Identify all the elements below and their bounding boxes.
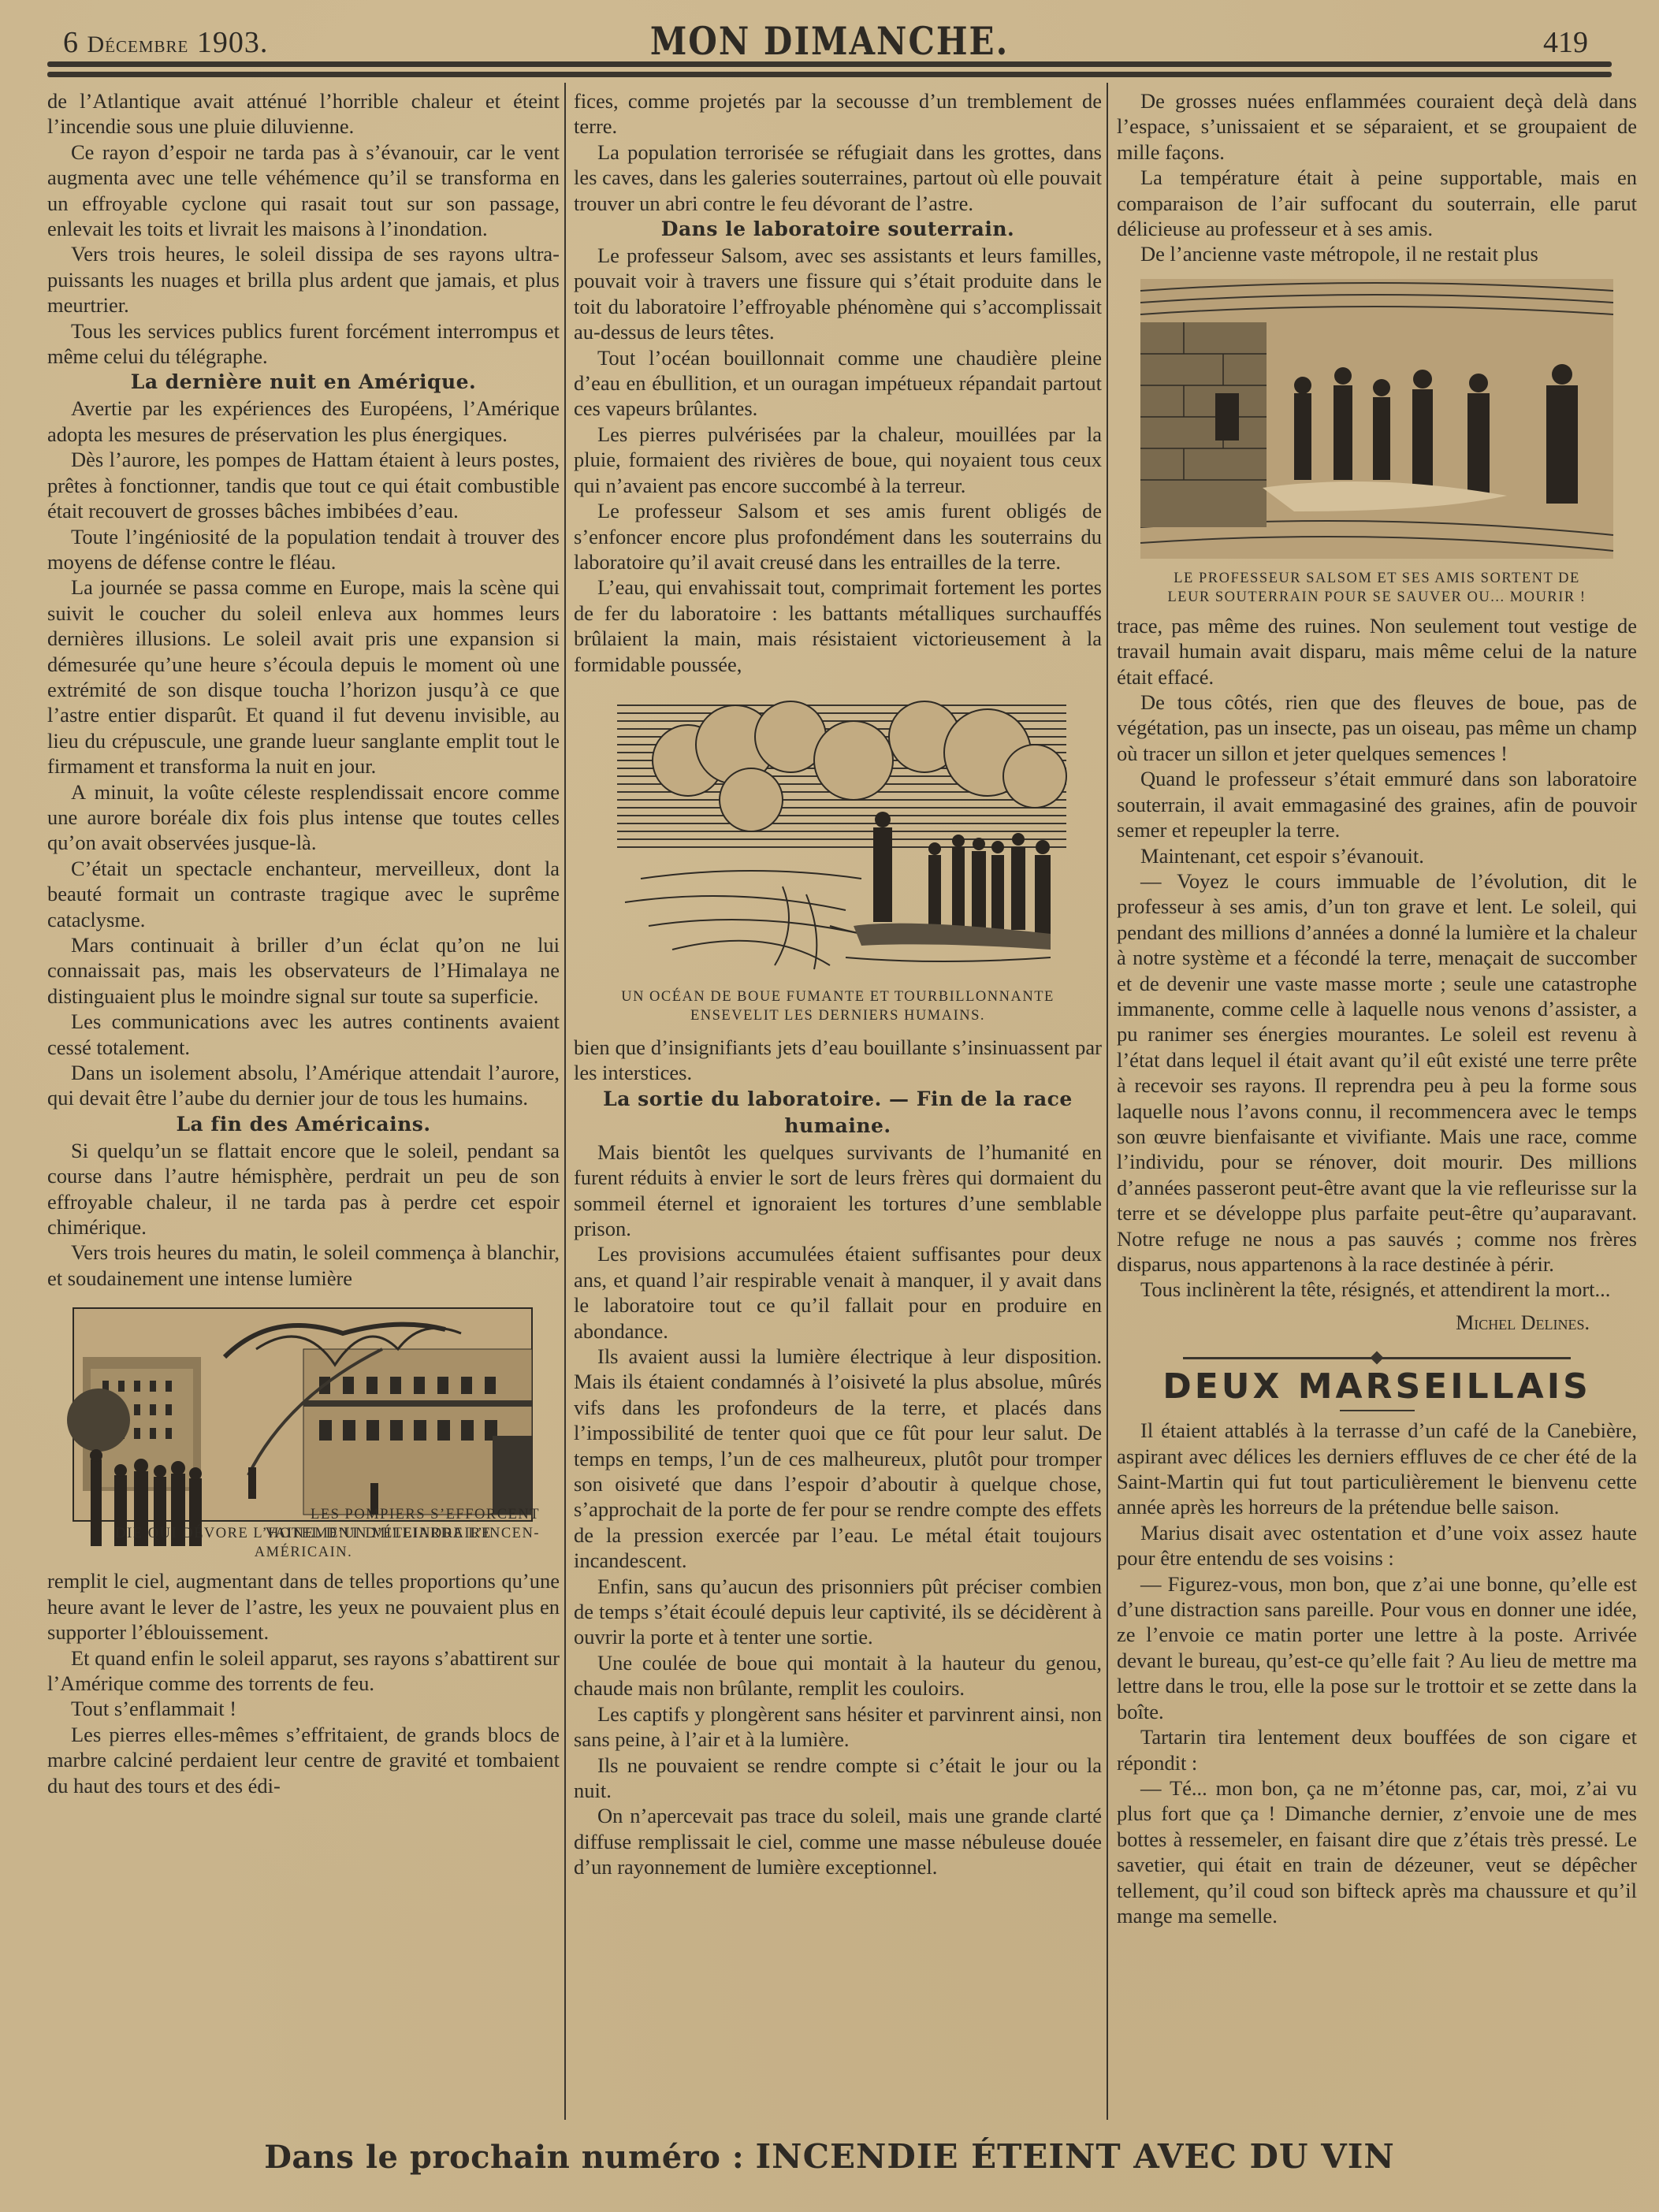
publication-title: MON DIMANCHE. bbox=[47, 19, 1612, 63]
illustration-caption-firemen-2: die qui dévore l’hotel d’un milliardaire… bbox=[67, 1524, 540, 1562]
illustration-caption-professor-2: leur souterrain pour se sauver ou... mou… bbox=[1117, 588, 1637, 607]
paragraph: Marius disait avec ostentation et d’une … bbox=[1117, 1520, 1637, 1571]
paragraph: Quand le professeur s’était emmuré dans … bbox=[1117, 766, 1637, 842]
paragraph: — Té... mon bon, ça ne m’étonne pas, car… bbox=[1117, 1775, 1637, 1928]
paragraph: L’eau, qui envahissait tout, comprimait … bbox=[574, 574, 1102, 677]
header-double-rule bbox=[47, 61, 1612, 79]
paragraph: Tous les services publics furent forcéme… bbox=[47, 318, 560, 370]
paragraph: On n’apercevait pas trace du soleil, mai… bbox=[574, 1803, 1102, 1879]
paragraph: Les pierres pulvérisées par la chaleur, … bbox=[574, 422, 1102, 498]
paragraph: Tartarin tira lentement deux bouffées de… bbox=[1117, 1724, 1637, 1775]
paragraph: Le professeur Salsom et ses amis furent … bbox=[574, 498, 1102, 574]
illustration-professor-exit bbox=[1136, 275, 1617, 563]
paragraph: Avertie par les expériences des Européen… bbox=[47, 396, 560, 447]
paragraph: C’était un spectacle enchanteur, merveil… bbox=[47, 856, 560, 932]
paragraph: Mars continuait à briller d’un éclat qu’… bbox=[47, 932, 560, 1009]
mud-ocean-engraving-icon bbox=[593, 690, 1082, 981]
professor-exit-engraving-icon bbox=[1136, 275, 1617, 563]
paragraph: — Voyez le cours immuable de l’évolution… bbox=[1117, 868, 1637, 1277]
paragraph: Vers trois heures, le soleil dissipa de … bbox=[47, 241, 560, 318]
paragraph: Le professeur Salsom, avec ses assistant… bbox=[574, 243, 1102, 345]
paragraph: Mais bientôt les quelques survivants de … bbox=[574, 1139, 1102, 1242]
paragraph: La température était à peine supportable… bbox=[1117, 165, 1637, 241]
paragraph: Dès l’aurore, les pompes de Hattam étaie… bbox=[47, 447, 560, 523]
illustration-mud-ocean bbox=[593, 690, 1082, 981]
paragraph: Une coulée de boue qui montait à la haut… bbox=[574, 1650, 1102, 1701]
section-ornament-divider bbox=[1117, 1353, 1637, 1363]
paragraph: A minuit, la voûte céleste resplendissai… bbox=[47, 779, 560, 856]
paragraph: fices, comme projetés par la secousse d’… bbox=[574, 88, 1102, 139]
illustration-caption-professor-1: Le professeur Salsom et ses amis sortent… bbox=[1117, 569, 1637, 588]
paragraph: Toute l’ingéniosité de la population ten… bbox=[47, 524, 560, 575]
paragraph: Tous inclinèrent la tête, résignés, et a… bbox=[1117, 1277, 1637, 1302]
section-title-deux-marseillais: DEUX MARSEILLAIS bbox=[1117, 1367, 1637, 1407]
paragraph: Les communications avec les autres conti… bbox=[47, 1009, 560, 1060]
diamond-ornament-icon bbox=[1371, 1351, 1384, 1365]
paragraph: remplit le ciel, augmentant dans de tell… bbox=[47, 1568, 560, 1645]
column-2: fices, comme projetés par la secousse d’… bbox=[574, 88, 1102, 1880]
paragraph: Il étaient attablés à la terrasse d’un c… bbox=[1117, 1418, 1637, 1520]
column-divider-2 bbox=[1107, 83, 1108, 2120]
paragraph: La population terrorisée se réfugiait da… bbox=[574, 139, 1102, 216]
paragraph: Enfin, sans qu’aucun des prisonniers pût… bbox=[574, 1574, 1102, 1650]
paragraph: Ils ne pouvaient se rendre compte si c’é… bbox=[574, 1753, 1102, 1804]
subheading-laboratoire-souterrain: Dans le laboratoire souterrain. bbox=[574, 216, 1102, 243]
masthead: 6 Décembre 1903. MON DIMANCHE. 419 bbox=[47, 16, 1612, 63]
paragraph: — Figurez-vous, mon bon, que z’ai une bo… bbox=[1117, 1571, 1637, 1724]
subheading-derniere-nuit: La dernière nuit en Amérique. bbox=[47, 369, 560, 396]
paragraph: De tous côtés, rien que des fleuves de b… bbox=[1117, 690, 1637, 766]
page-number: 419 bbox=[1543, 25, 1588, 60]
paragraph: trace, pas même des ruines. Non seulemen… bbox=[1117, 613, 1637, 690]
paragraph: Si quelqu’un se flattait encore que le s… bbox=[47, 1138, 560, 1240]
illustration-caption-mud-2: ensevelit les derniers humains. bbox=[574, 1006, 1102, 1025]
paragraph: La journée se passa comme en Europe, mai… bbox=[47, 574, 560, 779]
paragraph: Les captifs y plongèrent sans hésiter et… bbox=[574, 1701, 1102, 1753]
paragraph: Les pierres elles-mêmes s’effritaient, d… bbox=[47, 1722, 560, 1798]
illustration-firemen: Les pompiers s’efforcent vainement d’éte… bbox=[67, 1302, 540, 1562]
column-1: de l’Atlantique avait atténué l’horrible… bbox=[47, 88, 560, 1798]
column-3: De grosses nuées enflammées couraient de… bbox=[1117, 88, 1637, 1928]
newspaper-page: 6 Décembre 1903. MON DIMANCHE. 419 de l’… bbox=[47, 0, 1612, 2212]
next-issue-title: INCENDIE ÉTEINT AVEC DU VIN bbox=[756, 2137, 1395, 2176]
paragraph: Dans un isolement absolu, l’Amérique att… bbox=[47, 1060, 560, 1111]
illustration-caption-mud-1: Un océan de boue fumante et tourbillonna… bbox=[574, 987, 1102, 1006]
paragraph: Ils avaient aussi la lumière électrique … bbox=[574, 1344, 1102, 1574]
paragraph: De grosses nuées enflammées couraient de… bbox=[1117, 88, 1637, 165]
paragraph: De l’ancienne vaste métropole, il ne res… bbox=[1117, 241, 1637, 266]
author-signature: Michel Delines. bbox=[1117, 1310, 1637, 1336]
next-issue-announcement: Dans le prochain numéro : INCENDIE ÉTEIN… bbox=[47, 2137, 1612, 2176]
paragraph: Tout s’enflammait ! bbox=[47, 1696, 560, 1721]
paragraph: Vers trois heures du matin, le soleil co… bbox=[47, 1240, 560, 1291]
paragraph: de l’Atlantique avait atténué l’horrible… bbox=[47, 88, 560, 139]
paragraph: Tout l’océan bouillonnait comme une chau… bbox=[574, 345, 1102, 422]
subheading-sortie-du-laboratoire: La sortie du laboratoire. — Fin de la ra… bbox=[574, 1086, 1102, 1139]
title-underline bbox=[1340, 1410, 1415, 1411]
subheading-fin-des-americains: La fin des Américains. bbox=[47, 1111, 560, 1138]
paragraph: Les provisions accumulées étaient suffis… bbox=[574, 1241, 1102, 1344]
next-issue-prefix: Dans le prochain numéro : bbox=[264, 2139, 744, 2176]
column-divider-1 bbox=[564, 83, 566, 2120]
paragraph: Maintenant, cet espoir s’évanouit. bbox=[1117, 843, 1637, 868]
paragraph: bien que d’insignifiants jets d’eau boui… bbox=[574, 1035, 1102, 1086]
paragraph: Et quand enfin le soleil apparut, ses ra… bbox=[47, 1645, 560, 1697]
paragraph: Ce rayon d’espoir ne tarda pas à s’évano… bbox=[47, 139, 560, 242]
